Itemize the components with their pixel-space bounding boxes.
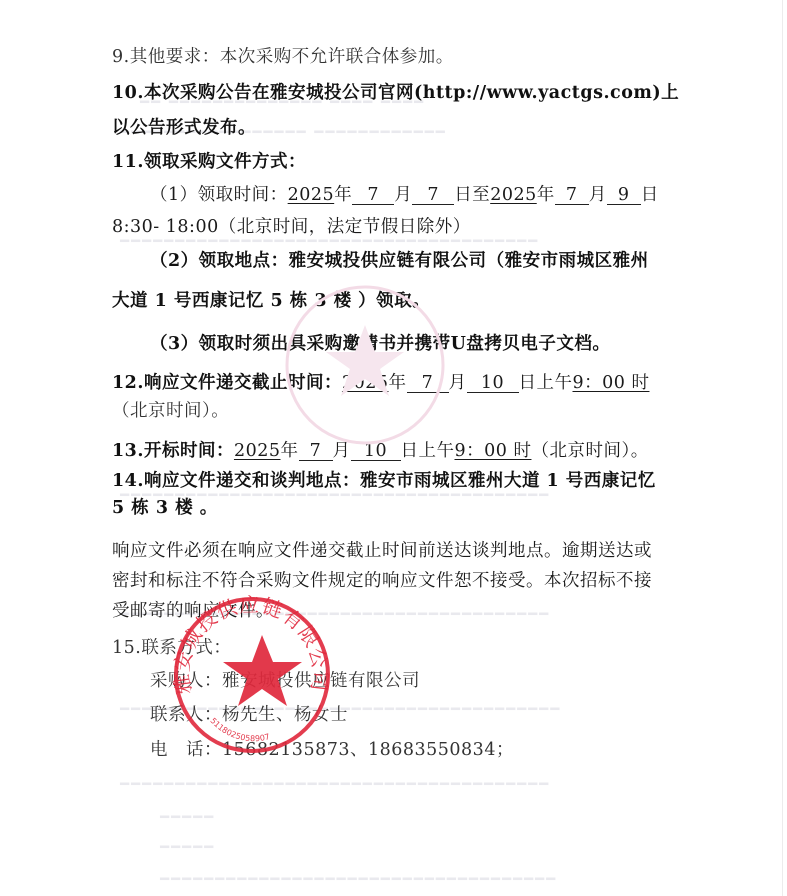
bleed-through-text: ━━━━━━━━━━━━━━━━━━━━━━━━━━━━━━━━━━━━━━━ xyxy=(120,775,550,793)
notice-paragraph-line: 密封和标注不符合采购文件规定的响应文件恕不接受。本次招标不接 xyxy=(112,570,652,592)
bleed-through-text: ━━━━━━━━━━━━━━━━━━━━━━━━━━━━━━━━━━━━ xyxy=(160,870,557,888)
day-label: 日 xyxy=(641,185,659,205)
end-month: 7 xyxy=(555,186,589,205)
opening-time: 9：00 时 xyxy=(455,441,532,461)
person-name: 杨先生、杨女士 xyxy=(222,705,348,725)
opening-prefix: 13.开标时间： xyxy=(112,441,234,461)
contact-buyer: 采购人：雅安城投供应链有限公司 xyxy=(150,670,420,692)
deadline-time: 9：00 时 xyxy=(573,373,650,393)
start-day: 7 xyxy=(412,186,454,205)
item-12-timezone: （北京时间）。 xyxy=(112,400,229,422)
bleed-through-text: ━━━━━ xyxy=(160,808,215,826)
year-label: 年 xyxy=(537,185,555,205)
item-15-title: 15.联系方式： xyxy=(112,637,231,659)
contact-phone: 电 话：15682135873、18683550834； xyxy=(150,739,514,761)
contact-person: 联系人：杨先生、杨女士 xyxy=(150,704,348,726)
phone-number: 15682135873、18683550834； xyxy=(222,740,514,760)
phone-label: 电 话： xyxy=(150,740,222,760)
deadline-day: 10 xyxy=(467,374,519,393)
item-11-location: （2）领取地点：雅安城投供应链有限公司（雅安市雨城区雅州 xyxy=(150,250,649,272)
person-label: 联系人： xyxy=(150,705,222,725)
month-label: 月 xyxy=(394,185,412,205)
day-label: 日上午 xyxy=(519,373,573,393)
opening-year: 2025 xyxy=(234,441,281,461)
item-11-title: 11.领取采购文件方式： xyxy=(112,151,306,173)
end-year: 2025 xyxy=(490,185,537,205)
notice-paragraph-line: 响应文件必须在响应文件递交截止时间前送达谈判地点。逾期送达或 xyxy=(112,540,652,562)
start-month: 7 xyxy=(352,186,394,205)
buyer-label: 采购人： xyxy=(150,671,222,691)
month-label: 月 xyxy=(449,373,467,393)
item-10-announcement: 10.本次采购公告在雅安城投公司官网(http://www.yactgs.com… xyxy=(112,82,679,104)
opening-suffix: （北京时间）。 xyxy=(531,441,648,461)
document-page: ━━ ━━━━━━━━━━━━━━ ━━━━ ━━━━ ━━━━━━━━━━━━… xyxy=(0,0,787,896)
bleed-through-text: ━━━━━ xyxy=(160,838,215,856)
item-9-other-requirements: 9.其他要求：本次采购不允许联合体参加。 xyxy=(112,46,454,68)
buyer-name: 雅安城投供应链有限公司 xyxy=(222,671,420,691)
item-10-announcement-cont: 以公告形式发布。 xyxy=(112,117,256,139)
start-year: 2025 xyxy=(288,185,335,205)
page-edge xyxy=(782,0,783,896)
item-11-collection-time: （1）领取时间：2025年7月7日至2025年7月9日 xyxy=(150,184,659,206)
day-to-label: 日至 xyxy=(454,185,490,205)
item-11-hours: 8:30- 18:00（北京时间，法定节假日除外） xyxy=(112,216,471,238)
month-label: 月 xyxy=(589,185,607,205)
item-14-location: 14.响应文件递交和谈判地点：雅安市雨城区雅州大道 1 号西康记忆 xyxy=(112,470,656,492)
time-prefix: （1）领取时间： xyxy=(150,185,288,205)
year-label: 年 xyxy=(334,185,352,205)
faint-stamp-ghost-icon xyxy=(280,280,450,450)
end-day: 9 xyxy=(607,186,641,205)
item-14-location-cont: 5 栋 3 楼 。 xyxy=(112,497,218,519)
notice-paragraph-line: 受邮寄的响应文件。 xyxy=(112,600,274,622)
